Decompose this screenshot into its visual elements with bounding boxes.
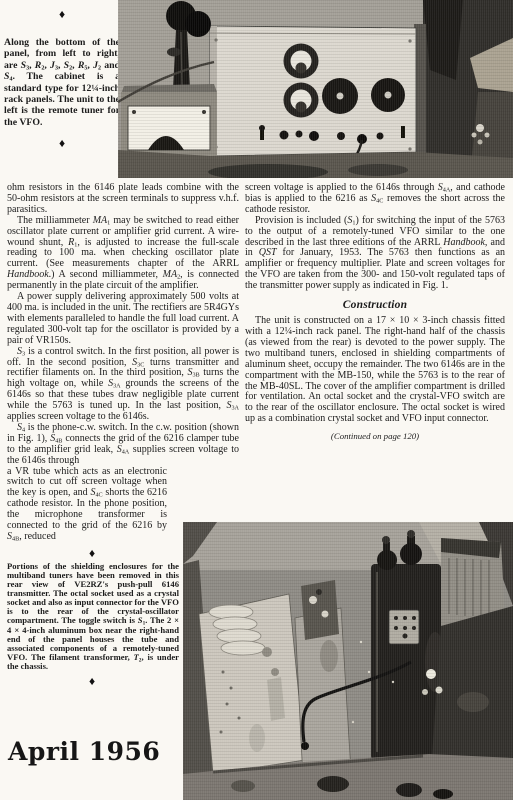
top-photo-caption: Along the bottom of the panel, from left… bbox=[4, 37, 120, 128]
magazine-page: ♦ Along the bottom of the panel, from le… bbox=[0, 0, 513, 800]
continued-note: (Continued on page 120) bbox=[245, 431, 505, 441]
body-paragraph: S4 is the phone-c.w. switch. In the c.w.… bbox=[7, 423, 239, 467]
body-paragraph: A power supply delivering approximately … bbox=[7, 292, 239, 347]
diamond-ornament: ♦ bbox=[4, 8, 120, 20]
bottom-photo bbox=[183, 522, 513, 800]
cable-plug bbox=[301, 742, 309, 750]
construction-heading: Construction bbox=[245, 299, 505, 311]
bottom-photo-caption: Portions of the shielding enclosures for… bbox=[7, 562, 179, 671]
body-paragraph: S3 is a control switch. In the first pos… bbox=[7, 347, 239, 423]
body-paragraph: Provision is included (S1) for switching… bbox=[245, 216, 505, 292]
bottom-photo-art bbox=[183, 522, 513, 800]
filament-transformer bbox=[371, 530, 445, 760]
top-photo bbox=[118, 0, 513, 178]
diamond-ornament: ♦ bbox=[7, 675, 177, 687]
body-paragraph: ohm resistors in the 6146 plate leads co… bbox=[7, 183, 239, 216]
body-paragraph: screen voltage is applied to the 6146s t… bbox=[245, 183, 505, 216]
body-paragraph: a VR tube which acts as an electronic sw… bbox=[7, 467, 167, 543]
issue-date: April 1956 bbox=[8, 737, 160, 766]
diamond-ornament: ♦ bbox=[4, 137, 120, 149]
tuning-knob-right bbox=[371, 78, 405, 112]
body-paragraph: The milliammeter MA1 may be switched to … bbox=[7, 216, 239, 292]
diamond-ornament: ♦ bbox=[7, 547, 177, 559]
top-photo-caption-block: ♦ Along the bottom of the panel, from le… bbox=[4, 8, 120, 149]
photo-background-right bbox=[423, 0, 513, 178]
tuner-compartment bbox=[199, 594, 305, 774]
body-paragraph: The unit is constructed on a 17 × 10 × 3… bbox=[245, 316, 505, 425]
panel-meter-lower bbox=[284, 83, 319, 118]
tuning-knob-left bbox=[322, 78, 358, 114]
right-column: screen voltage is applied to the 6146s t… bbox=[245, 183, 505, 441]
top-photo-art bbox=[118, 0, 513, 178]
panel-meter-upper bbox=[284, 44, 319, 79]
